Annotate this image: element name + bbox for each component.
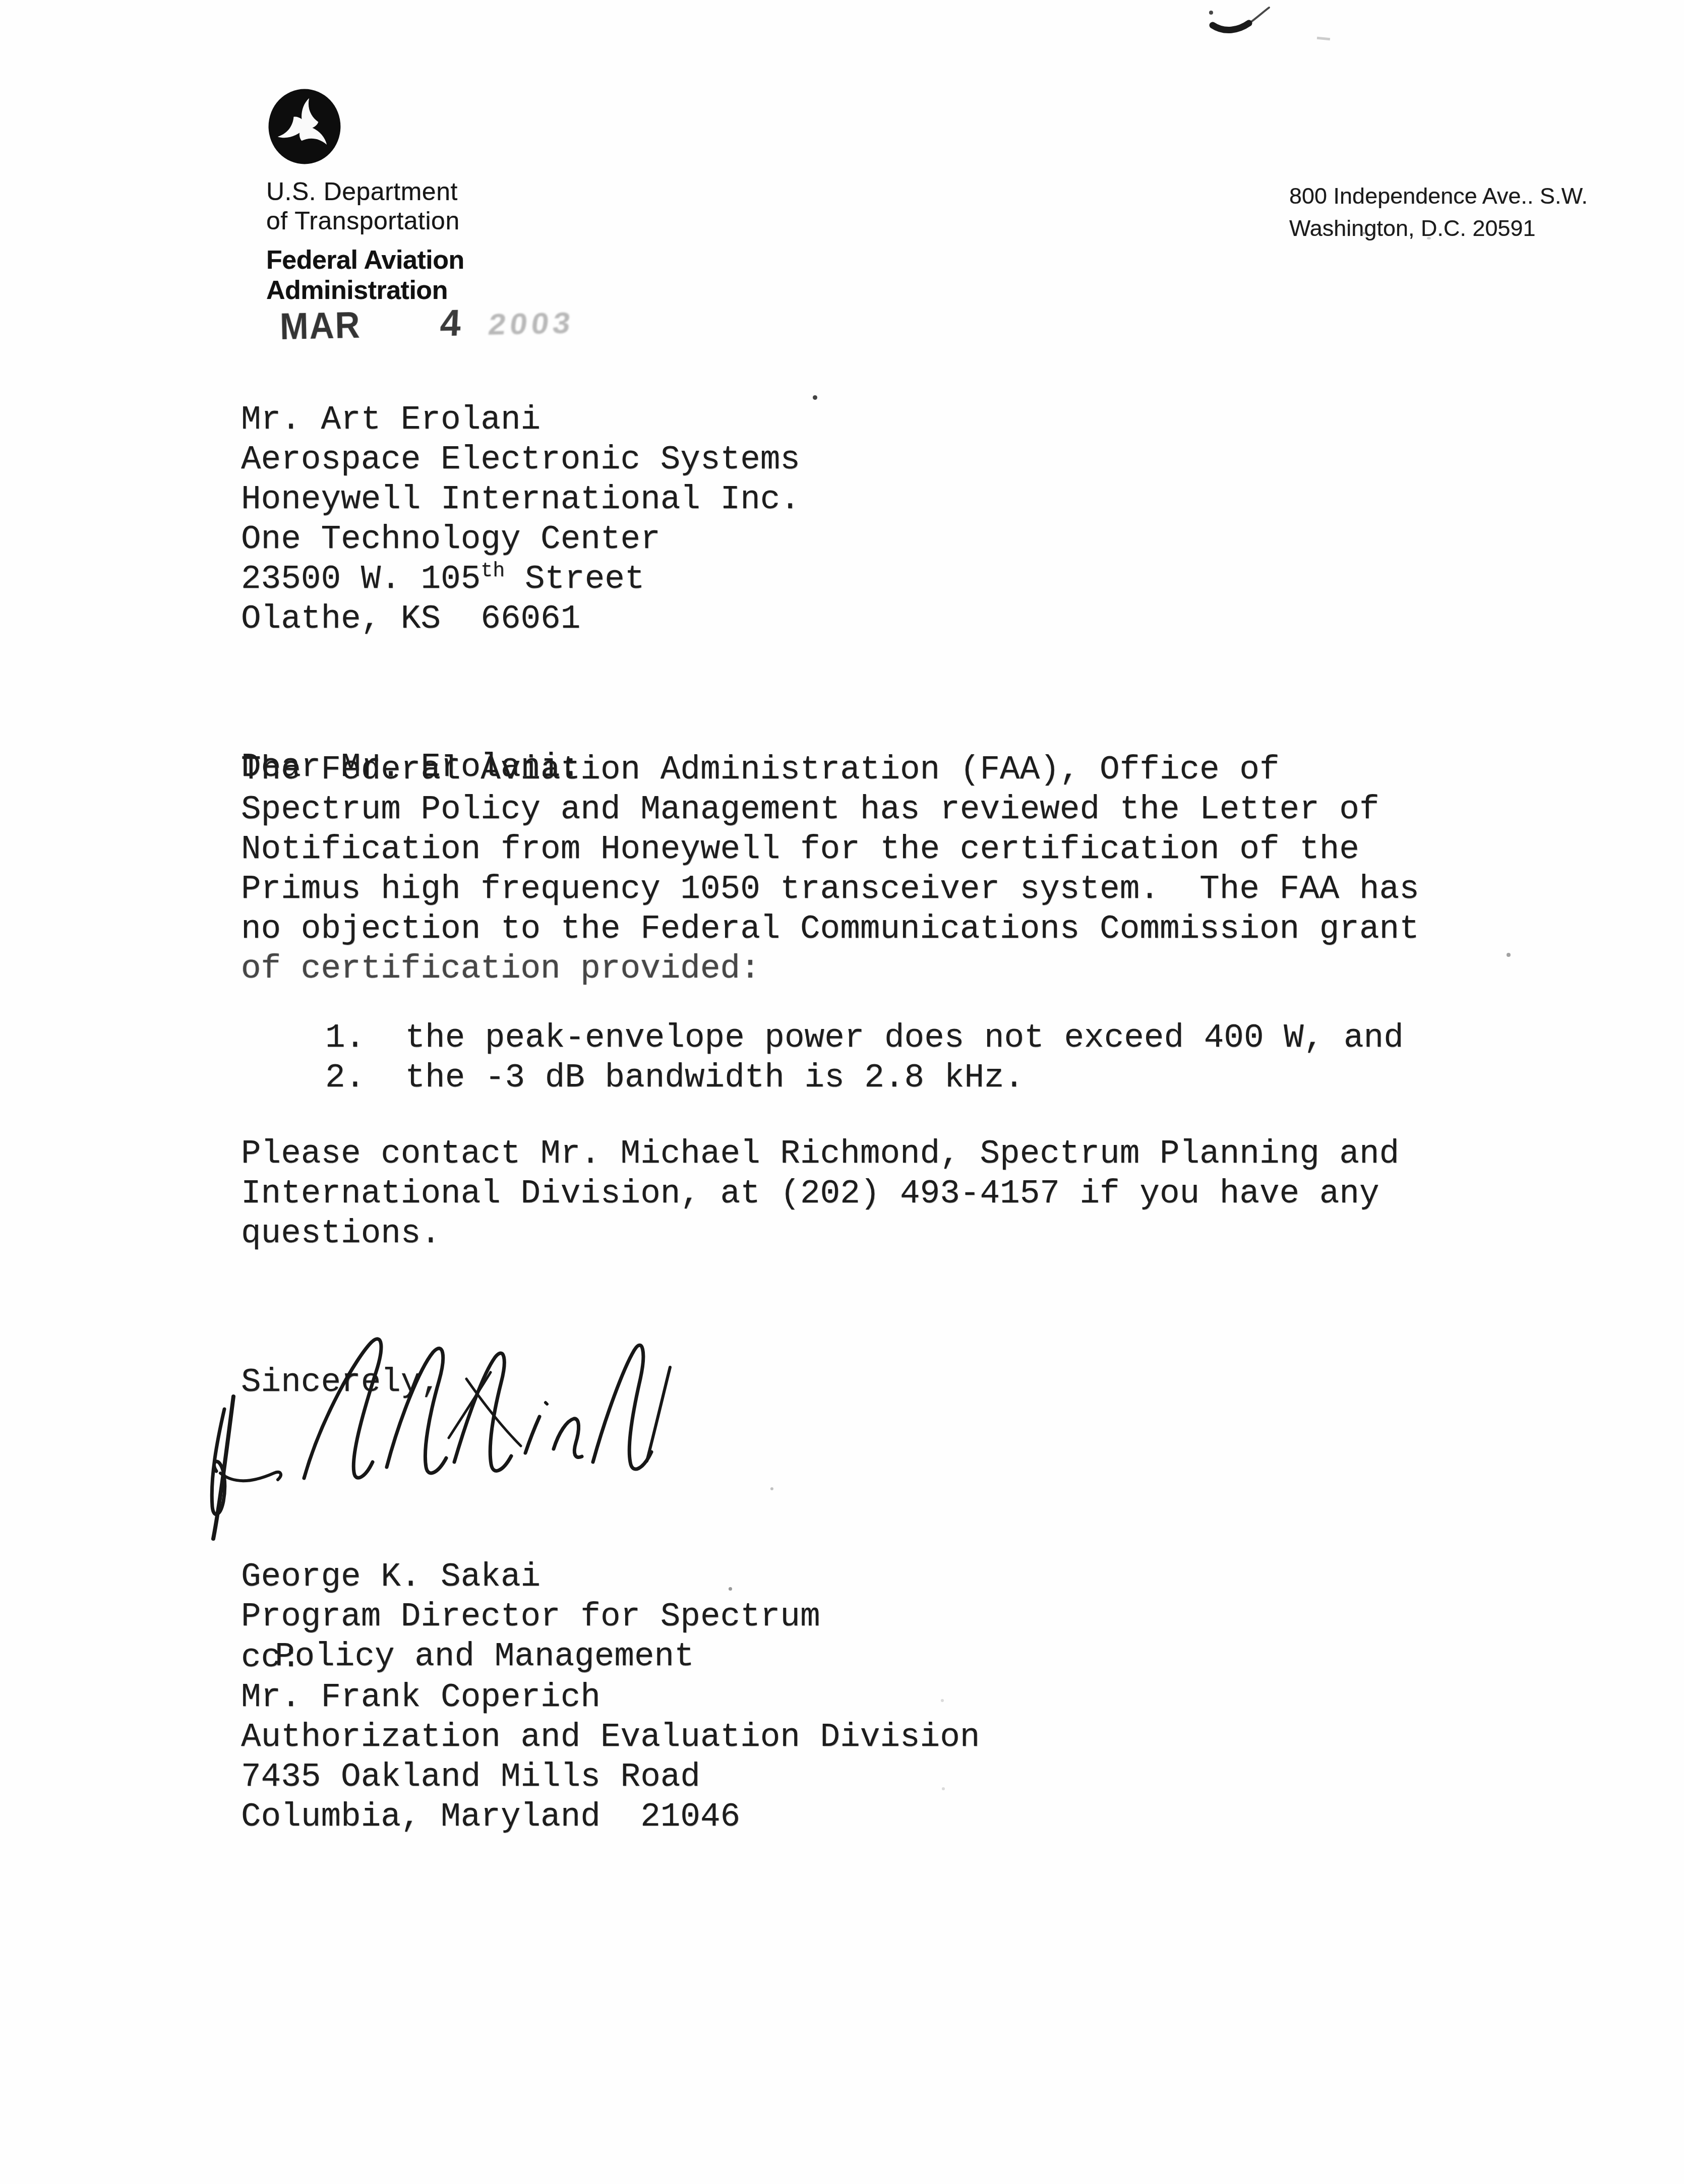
return-address-line2: Washington, D.C. 20591 (1289, 212, 1588, 245)
text-line: Spectrum Policy and Management has revie… (241, 790, 1419, 829)
return-address-line1: 800 Independence Ave.. S.W. (1289, 180, 1588, 212)
scan-speck (770, 1487, 773, 1490)
stamp-day: 4 (439, 302, 462, 343)
stamp-year: 2003 (486, 304, 576, 344)
text-line: Primus high frequency 1050 transceiver s… (241, 869, 1419, 909)
pen-squiggle-mark (1208, 4, 1276, 37)
text-line: The Federal Aviation Administration (FAA… (241, 750, 1419, 790)
cc-block: cc:Mr. Frank CoperichAuthorization and E… (241, 1637, 980, 1837)
letterhead-agency: Federal Aviation Administration (266, 245, 464, 306)
stamp-month: MAR (279, 305, 361, 347)
scan-speck (1507, 953, 1511, 957)
scan-speck (729, 1587, 732, 1591)
text-line: One Technology Center (241, 519, 800, 559)
letterhead-department: U.S. Department of Transportation (266, 177, 460, 235)
scan-speck (941, 1699, 944, 1702)
text-line: Columbia, Maryland 21046 (241, 1797, 980, 1837)
agency-line2: Administration (266, 275, 464, 306)
text-line: Honeywell International Inc. (241, 479, 800, 519)
text-line: no objection to the Federal Communicatio… (241, 909, 1419, 949)
scan-speck (813, 395, 817, 400)
body-paragraph-1: The Federal Aviation Administration (FAA… (241, 750, 1419, 989)
body-paragraph-2: Please contact Mr. Michael Richmond, Spe… (241, 1134, 1399, 1253)
text-line: Please contact Mr. Michael Richmond, Spe… (241, 1134, 1399, 1174)
dept-line1: U.S. Department (266, 177, 460, 206)
text-line: 23500 W. 105th Street (241, 559, 800, 599)
scan-speck (1427, 237, 1431, 239)
dot-triskelion-logo (266, 87, 343, 166)
scanned-letter-page: U.S. Department of Transportation Federa… (0, 0, 1684, 2184)
text-line: 2. the -3 dB bandwidth is 2.8 kHz. (325, 1058, 1404, 1098)
text-line: Mr. Frank Coperich (241, 1677, 980, 1717)
return-address: 800 Independence Ave.. S.W. Washington, … (1289, 180, 1588, 245)
text-line: Mr. Art Erolani (241, 400, 800, 440)
text-line: questions. (241, 1214, 1399, 1253)
recipient-address: Mr. Art ErolaniAerospace Electronic Syst… (241, 400, 800, 639)
text-line: 7435 Oakland Mills Road (241, 1757, 980, 1797)
received-date-stamp: MAR42003 (276, 300, 574, 349)
text-line: Aerospace Electronic Systems (241, 440, 800, 479)
text-line: cc: (241, 1637, 980, 1677)
agency-line1: Federal Aviation (266, 245, 464, 275)
text-line: of certification provided: (241, 949, 1419, 989)
text-line: Olathe, KS 66061 (241, 599, 800, 639)
text-line: Notification from Honeywell for the cert… (241, 829, 1419, 869)
scan-dash-mark (1317, 37, 1330, 41)
dept-line2: of Transportation (266, 206, 460, 235)
text-line: Authorization and Evaluation Division (241, 1717, 980, 1757)
text-line: International Division, at (202) 493-415… (241, 1174, 1399, 1214)
conditions-list: 1. the peak-envelope power does not exce… (325, 1018, 1404, 1098)
scan-speck (942, 1787, 945, 1790)
scan-speck (1361, 232, 1365, 234)
text-line: 1. the peak-envelope power does not exce… (325, 1018, 1404, 1058)
